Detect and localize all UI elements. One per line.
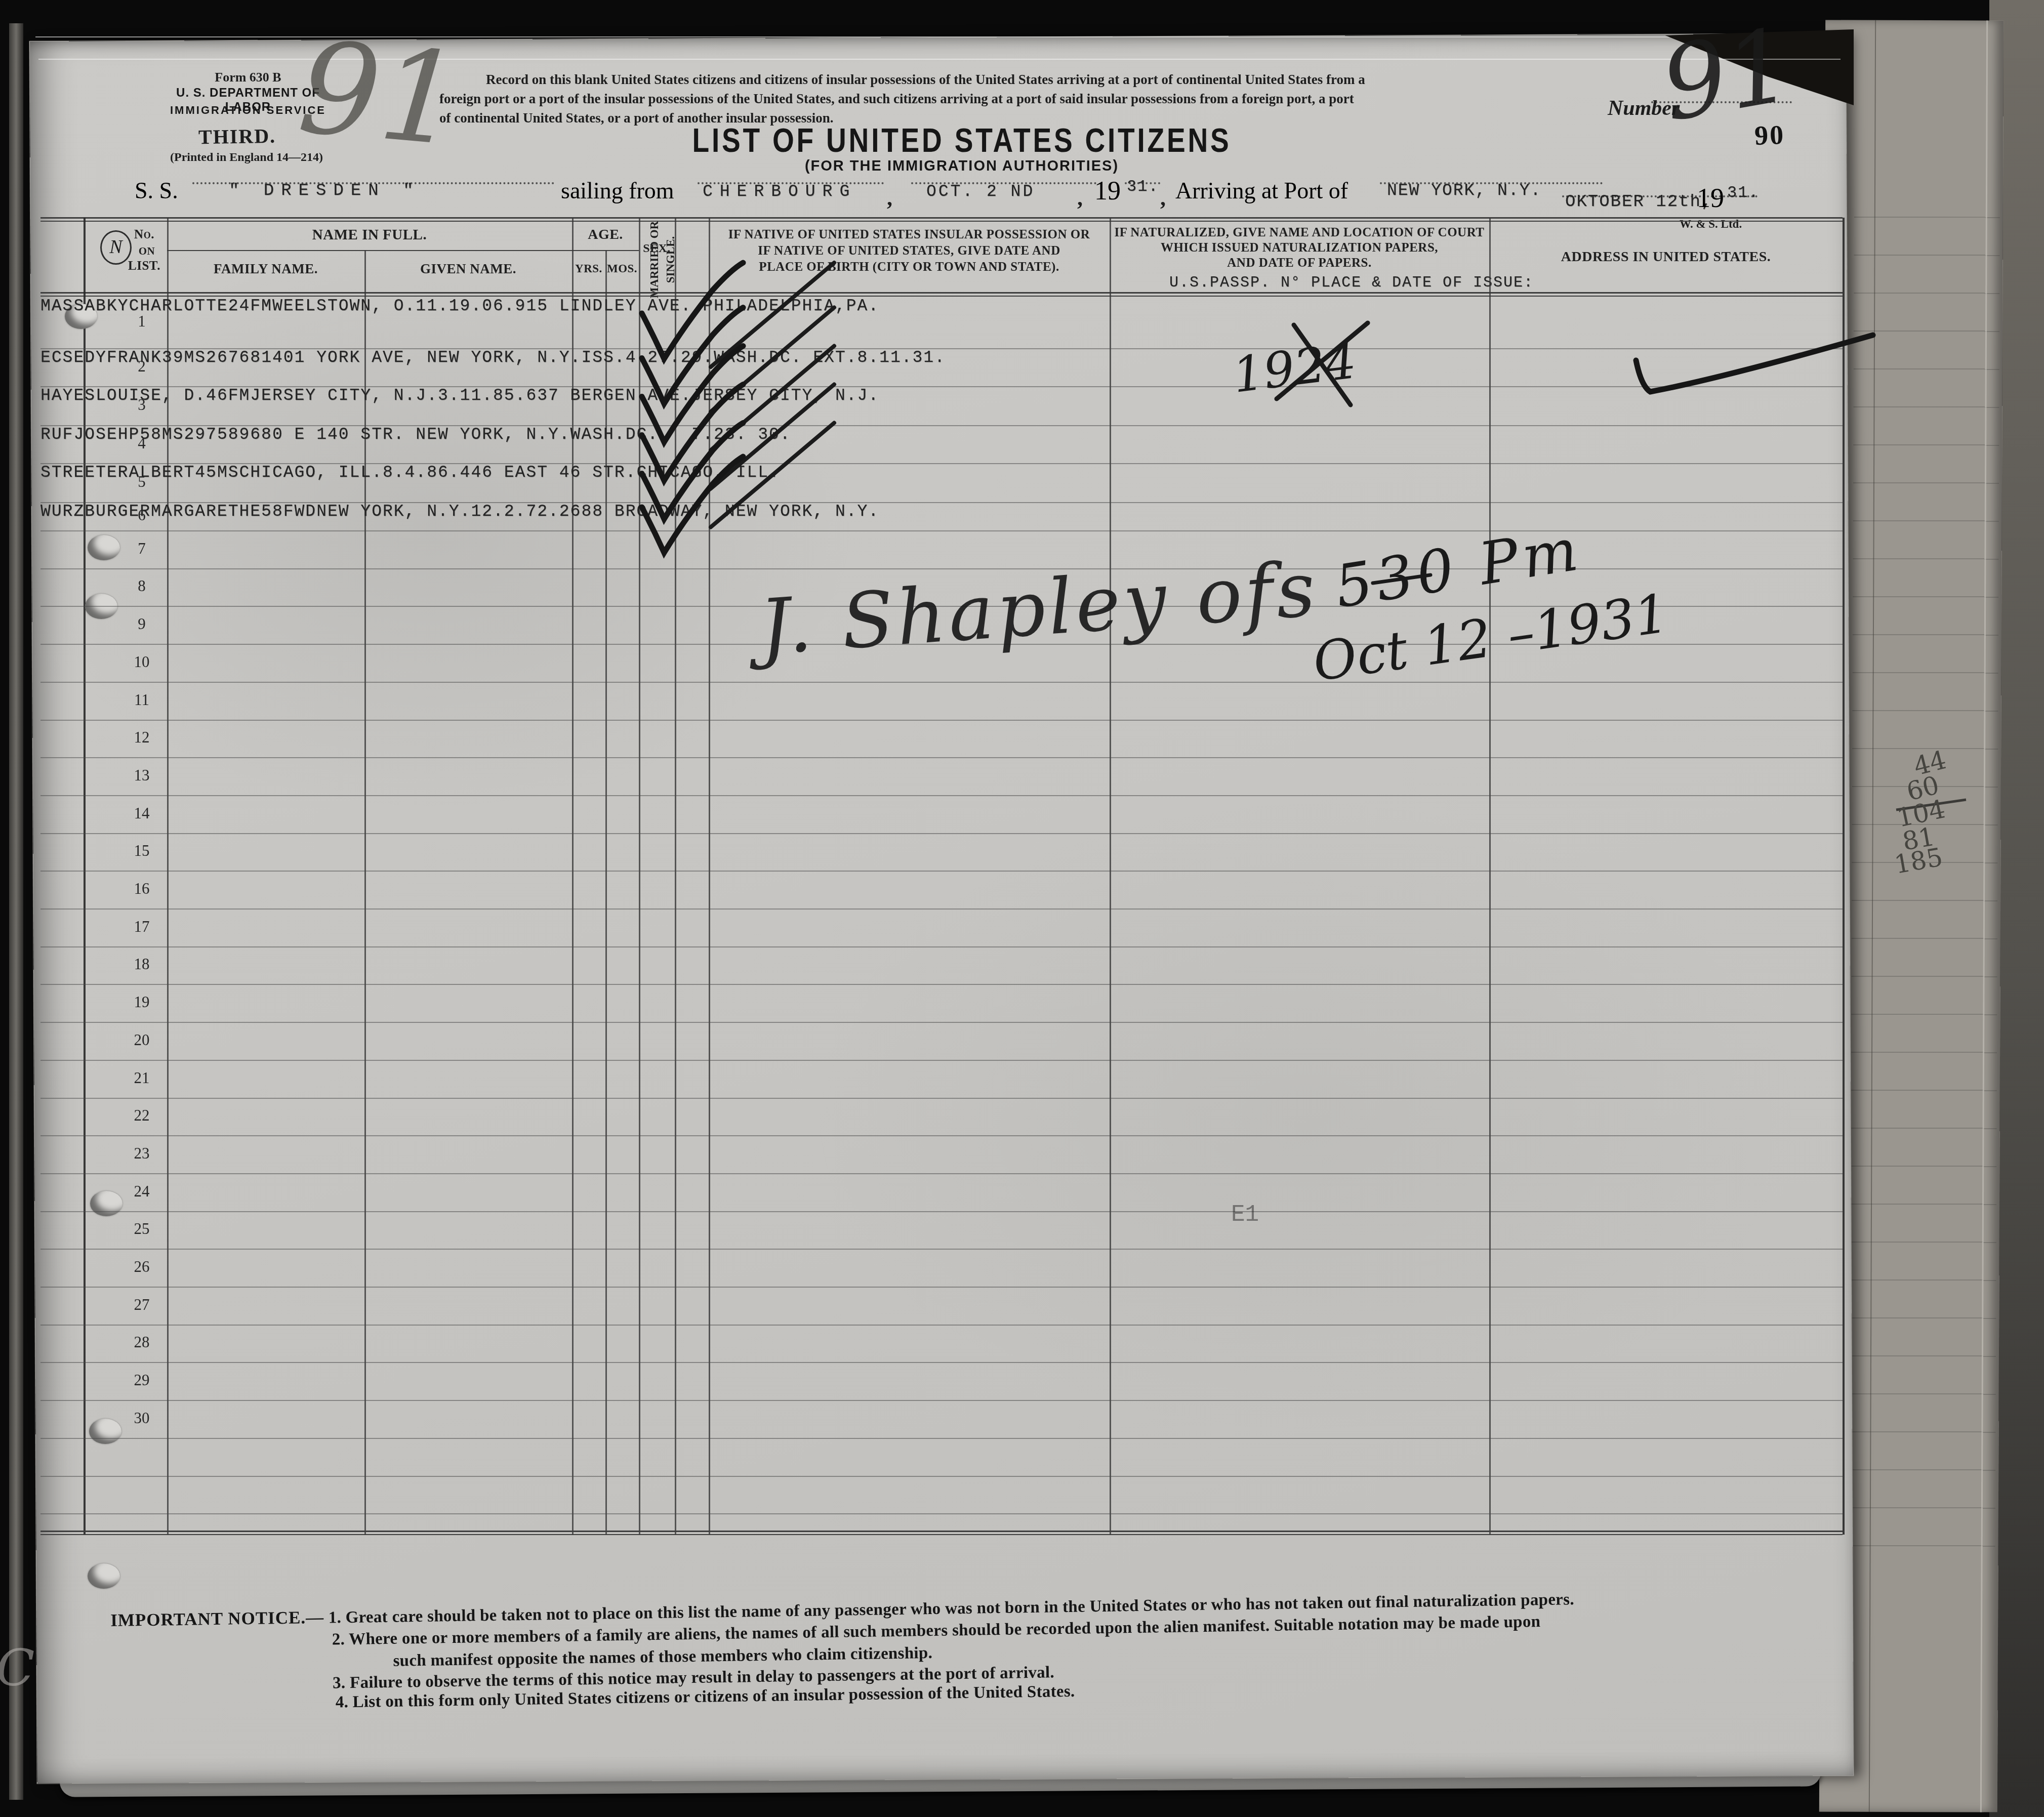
- cell-sex: F: [228, 386, 239, 405]
- manifest-row: 13: [40, 757, 1843, 796]
- row-number: 6: [116, 506, 167, 524]
- col-header-birth-2: IF NATIVE OF UNITED STATES, GIVE DATE AN…: [709, 244, 1110, 258]
- manifest-row: 3HAYESLOUISE, D.46FMJERSEY CITY, N.J.3.1…: [40, 386, 1843, 426]
- manifest-row: 18: [40, 946, 1843, 985]
- manifest-row: 21: [40, 1060, 1843, 1099]
- row-number: 5: [116, 473, 167, 491]
- table-bottom-rule-2: [40, 1534, 1843, 1535]
- manifest-row: 17: [40, 909, 1843, 947]
- cell-family: RUF: [40, 425, 73, 444]
- cell-sex: F: [250, 297, 261, 315]
- row-number: 4: [116, 434, 167, 452]
- cell-birth-date: 12.2.72.: [471, 502, 559, 521]
- row-number: 29: [116, 1371, 167, 1389]
- cell-yrs: 46: [206, 386, 228, 405]
- table-top-rule-2: [40, 221, 1843, 222]
- table-bottom-rule-1: [40, 1531, 1843, 1532]
- manifest-row: 22: [40, 1098, 1843, 1136]
- scanned-manifest-page: Form 630 B U. S. DEPARTMENT OF LABOR IMM…: [0, 0, 2044, 1817]
- cell-birth-place: CHICAGO, ILL.: [239, 463, 383, 482]
- col-header-nat-2: WHICH ISSUED NATURALIZATION PAPERS,: [1110, 241, 1489, 255]
- comma-2: ,: [1077, 185, 1083, 211]
- important-notice: IMPORTANT NOTICE.— 1. Great care should …: [110, 1584, 1933, 1610]
- cell-marital: WD: [295, 502, 317, 521]
- row-number: 17: [116, 918, 167, 936]
- instructions-line2: foreign port or a port of the insular po…: [439, 91, 1354, 107]
- row-number: 30: [116, 1409, 167, 1427]
- col-header-nat-3: AND DATE OF PAPERS.: [1110, 256, 1489, 270]
- col-header-family-name: FAMILY NAME.: [167, 261, 364, 277]
- arrival-date: OKTOBER 12th,: [1565, 192, 1712, 212]
- manifest-row: 16: [40, 871, 1843, 910]
- cell-sex: F: [283, 502, 295, 521]
- table-column-line: [1843, 218, 1845, 1535]
- cell-naturalization-line2: WASH.DC. 7.23. 30.: [570, 425, 791, 444]
- departure-date: OCT. 2 ND: [926, 182, 1035, 201]
- cell-birth-date: 3.11.85.: [438, 386, 526, 405]
- manifest-row: 7: [40, 530, 1843, 569]
- row-number: 10: [116, 653, 167, 671]
- cell-passport-no: 297589: [184, 425, 250, 444]
- row-number: 20: [116, 1031, 167, 1049]
- row-number: 18: [116, 955, 167, 973]
- manifest-row: 25: [40, 1211, 1843, 1250]
- cell-address: 1401 YORK AVE, NEW YORK, N.Y.: [261, 348, 581, 367]
- printer-mark: W. & S. Ltd.: [1680, 218, 1742, 231]
- manifest-row: 23: [40, 1135, 1843, 1174]
- col-header-mos: MOS.: [605, 262, 639, 275]
- manifest-row: 5STREETERALBERT45MSCHICAGO, ILL.8.4.86.4…: [40, 463, 1843, 503]
- header-bottom-rule-1: [40, 292, 1843, 294]
- service-name: IMMIGRATION SERVICE: [167, 104, 329, 117]
- cell-birth-place: JERSEY CITY, N.J.: [250, 386, 438, 405]
- manifest-row: 11: [40, 682, 1843, 721]
- page-number-stamp: 90: [1754, 119, 1785, 151]
- arriving-label: Arriving at Port of: [1175, 177, 1348, 204]
- cell-address: 680 E 140 STR. NEW YORK, N.Y.: [250, 425, 570, 444]
- col-header-name-in-full: NAME IN FULL.: [167, 227, 572, 243]
- cell-sex: M: [184, 348, 195, 367]
- manifest-row: 1MASSABKYCHARLOTTE24FMWEELSTOWN, O.11.19…: [40, 297, 1843, 349]
- cell-family: HAYES: [40, 386, 96, 405]
- manifest-row: 24: [40, 1173, 1843, 1212]
- cell-passport-no: 26768: [206, 348, 261, 367]
- printed-in-note: (Printed in England 14—214): [170, 151, 323, 164]
- ship-name: " DRESDEN ": [229, 181, 420, 200]
- cell-address: 915 LINDLEY AVE. PHILADELPHIA,PA.: [515, 297, 880, 315]
- cell-family: ECSEDY: [40, 348, 107, 367]
- row-number: 14: [116, 804, 167, 822]
- comma-1: ,: [887, 185, 892, 211]
- row-number: 28: [116, 1333, 167, 1351]
- col-header-no: No.: [116, 228, 172, 242]
- manifest-row: 6WURZBURGERMARGARETHE58FWDNEW YORK, N.Y.…: [40, 502, 1843, 531]
- departure-year: 31.: [1127, 177, 1159, 196]
- departure-port: CHERBOURG: [703, 182, 856, 201]
- row-number: 2: [116, 357, 167, 376]
- row-number: 1: [116, 312, 167, 331]
- row-number: 12: [116, 728, 167, 747]
- col-header-yrs: YRS.: [572, 262, 605, 275]
- row-number: 27: [116, 1296, 167, 1314]
- manifest-row: 28: [40, 1325, 1843, 1363]
- cell-marital: S: [195, 348, 206, 367]
- manifest-row: 27: [40, 1287, 1843, 1326]
- cell-family: MASSABKY: [40, 297, 129, 315]
- comma-3: ,: [1160, 185, 1166, 211]
- cell-marital: M: [239, 386, 251, 405]
- row-number: 8: [116, 577, 167, 595]
- col-header-birth-3: PLACE OF BIRTH (CITY OR TOWN AND STATE).: [709, 260, 1110, 274]
- row-number: 7: [116, 540, 167, 558]
- cell-naturalization-line2: WASH.DC. EXT.8.11.31.: [714, 348, 946, 367]
- ss-label: S. S.: [135, 177, 178, 204]
- table-ruled-line: [40, 1513, 1843, 1514]
- page-subtitle: (FOR THE IMMIGRATION AUTHORITIES): [456, 158, 1468, 175]
- cell-birth-place: NEW YORK, N.Y.: [316, 502, 471, 521]
- row-number: 21: [116, 1069, 167, 1087]
- arrival-port: NEW YORK, N.Y.: [1387, 181, 1541, 200]
- year-prefix-1: 19: [1094, 176, 1121, 206]
- row-number: 15: [116, 842, 167, 860]
- arrival-year: 31.: [1727, 183, 1760, 202]
- class-stamp: THIRD.: [198, 124, 276, 149]
- cell-address: 637 BERGEN AVE.JERSEY CITY, N.J.: [526, 386, 879, 405]
- manifest-row: 15: [40, 833, 1843, 872]
- row-number: 11: [116, 691, 167, 709]
- cell-naturalization-line1: ISS.4.27.29.: [581, 348, 714, 367]
- cell-marital: S: [228, 463, 239, 482]
- col-header-age: AGE.: [572, 227, 639, 243]
- manifest-row: 19: [40, 984, 1843, 1023]
- manifest-row: 20: [40, 1022, 1843, 1061]
- manifest-row: 2ECSEDYFRANK39MS267681401 YORK AVE, NEW …: [40, 348, 1843, 387]
- manifest-row: 29: [40, 1362, 1843, 1401]
- row-number: 22: [116, 1106, 167, 1125]
- col-header-birth-1: IF NATIVE OF UNITED STATES INSULAR POSSE…: [709, 228, 1110, 242]
- row-number: 26: [116, 1258, 167, 1276]
- cell-yrs: 24: [228, 297, 251, 315]
- row-number: 3: [116, 396, 167, 414]
- col-header-no-list: LIST.: [116, 259, 172, 273]
- manifest-row: 4RUFJOSEHP58MS297589680 E 140 STR. NEW Y…: [40, 425, 1843, 464]
- form-id: Form 630 B: [167, 70, 329, 85]
- row-number: 16: [116, 880, 167, 898]
- manifest-row: 30: [40, 1400, 1843, 1439]
- cell-address: 2688 BROADWAY, NEW YORK, N.Y.: [559, 502, 879, 521]
- manifest-row: 9: [40, 606, 1843, 645]
- col-header-passport-typed: U.S.PASSP. N° PLACE & DATE OF ISSUE:: [1169, 274, 1534, 292]
- manifest-row: 10: [40, 644, 1843, 683]
- cell-given: MARGARETHE: [151, 502, 261, 521]
- table-ruled-line: [40, 1476, 1843, 1477]
- cell-birth-place: WEELSTOWN, O.: [272, 297, 416, 315]
- col-header-nat-1: IF NATURALIZED, GIVE NAME AND LOCATION O…: [1110, 226, 1489, 240]
- row-number: 25: [116, 1220, 167, 1238]
- cell-marital: S: [173, 425, 184, 444]
- col-header-no-on: ON: [121, 245, 172, 258]
- cell-marital: M: [261, 297, 272, 315]
- cell-address: 446 EAST 46 STR.CHICAGO, ILL.: [460, 463, 780, 482]
- manifest-row: 14: [40, 795, 1843, 834]
- instructions-line1: Record on this blank United States citiz…: [486, 72, 1365, 88]
- header-sub-rule: [167, 250, 639, 251]
- number-label: Number: [1608, 96, 1680, 120]
- cell-yrs: 58: [261, 502, 283, 521]
- row-number: 23: [116, 1144, 167, 1163]
- col-header-address: ADDRESS IN UNITED STATES.: [1489, 249, 1843, 265]
- scan-scratch: [38, 59, 1841, 60]
- number-dotted-line: [1651, 101, 1792, 103]
- notice-label: IMPORTANT NOTICE.—: [110, 1607, 324, 1630]
- row-number: 9: [116, 615, 167, 633]
- table-top-rule-1: [40, 217, 1843, 219]
- sailing-from-label: sailing from: [561, 177, 674, 204]
- row-number: 24: [116, 1182, 167, 1201]
- col-header-given-name: GIVEN NAME.: [364, 261, 572, 277]
- manifest-row: 26: [40, 1249, 1843, 1288]
- form-content: Form 630 B U. S. DEPARTMENT OF LABOR IMM…: [0, 0, 2044, 1817]
- row-number: 19: [116, 993, 167, 1011]
- cell-yrs: 45: [195, 463, 217, 482]
- cell-birth-date: 8.4.86.: [383, 463, 460, 482]
- page-title: LIST OF UNITED STATES CITIZENS: [481, 121, 1443, 160]
- cell-birth-date: 11.19.06.: [416, 297, 515, 315]
- punch-hole: [88, 1563, 120, 1589]
- manifest-row: 8: [40, 568, 1843, 607]
- cell-family: STREETER: [40, 463, 129, 482]
- cell-sex: M: [217, 463, 228, 482]
- row-number: 13: [116, 766, 167, 784]
- manifest-row: 12: [40, 720, 1843, 758]
- year-prefix-2: 19: [1697, 182, 1724, 214]
